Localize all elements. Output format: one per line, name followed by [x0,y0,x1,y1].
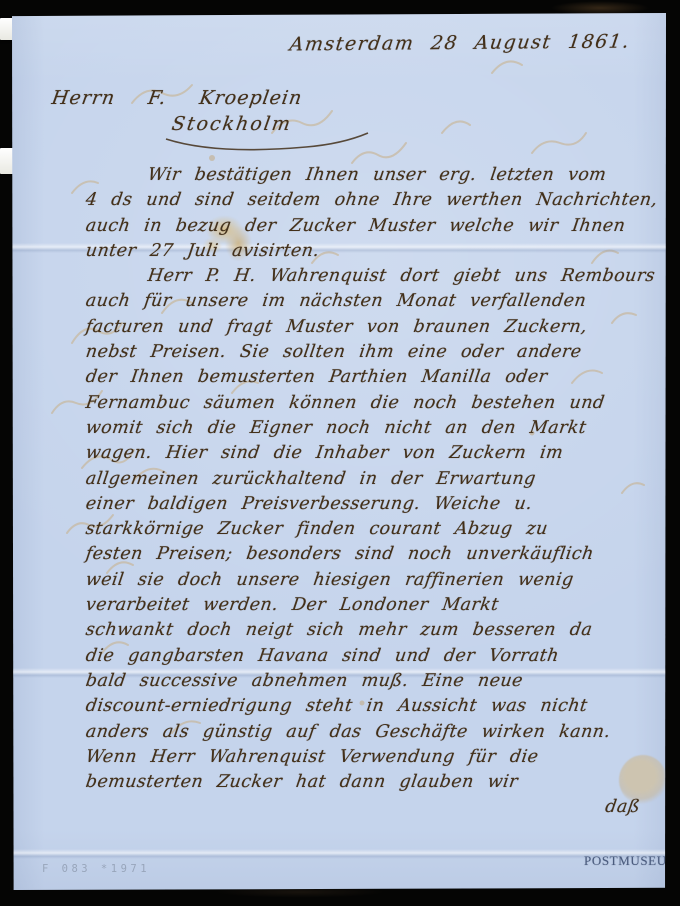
body-line: Wenn Herr Wahrenquist Verwendung für die [84,745,670,770]
body-line: die gangbarsten Havana sind und der Vorr… [84,644,670,669]
body-line: 4 ds und sind seitdem ohne Ihre werthen … [84,188,670,213]
body-line: starkkörnige Zucker finden courant Abzug… [84,517,670,542]
body-line: Fernambuc säumen können die noch bestehe… [84,391,670,416]
underline-flourish [164,131,374,157]
body-line: wagen. Hier sind die Inhaber von Zuckern… [84,441,670,466]
fold-line-bottom [12,849,666,859]
museum-stamp: POSTMUSEUM [584,853,679,869]
inventory-label: F 083 *1971 [42,863,150,875]
body-line: womit sich die Eigner noch nicht an den … [84,416,670,441]
body-line: anders als günstig auf das Geschäfte wir… [84,720,670,745]
body-line: Wir bestätigen Ihnen unser erg. letzten … [84,163,670,188]
body-line: Herr P. H. Wahrenquist dort giebt uns Re… [84,264,670,289]
body-line: auch in bezug der Zucker Muster welche w… [84,214,670,239]
catchword: daß [84,795,670,820]
body-line: facturen und fragt Muster von braunen Zu… [84,315,670,340]
body-line: bald successive abnehmen muß. Eine neue [84,669,670,694]
body-line: allgemeinen zurückhaltend in der Erwartu… [84,467,670,492]
body-line: unter 27 Juli avisirten. [84,239,670,264]
recipient-name: Herrn F. Kroeplein [50,87,304,109]
body-line: verarbeitet werden. Der Londoner Markt [84,593,670,618]
body-line: bemusterten Zucker hat dann glauben wir [84,770,670,795]
body-line: weil sie doch unsere hiesigen raffinerie… [84,568,670,593]
dateline: Amsterdam 28 August 1861. [288,31,631,56]
body-line: auch für unsere im nächsten Monat verfal… [84,289,670,314]
scan-background: Amsterdam 28 August 1861. Herrn F. Kroep… [0,0,680,906]
letter-body: Wir bestätigen Ihnen unser erg. letzten … [84,163,666,821]
body-line: festen Preisen; besonders sind noch unve… [84,542,670,567]
body-line: discount-erniedrigung steht in Aussicht … [84,694,670,719]
body-line: schwankt doch neigt sich mehr zum besser… [84,618,670,643]
body-line: nebst Preisen. Sie sollten ihm eine oder… [84,340,670,365]
body-line: der Ihnen bemusterten Parthien Manilla o… [84,365,670,390]
body-line: einer baldigen Preisverbesserung. Weiche… [84,492,670,517]
letter-sheet: Amsterdam 28 August 1861. Herrn F. Kroep… [12,13,666,890]
